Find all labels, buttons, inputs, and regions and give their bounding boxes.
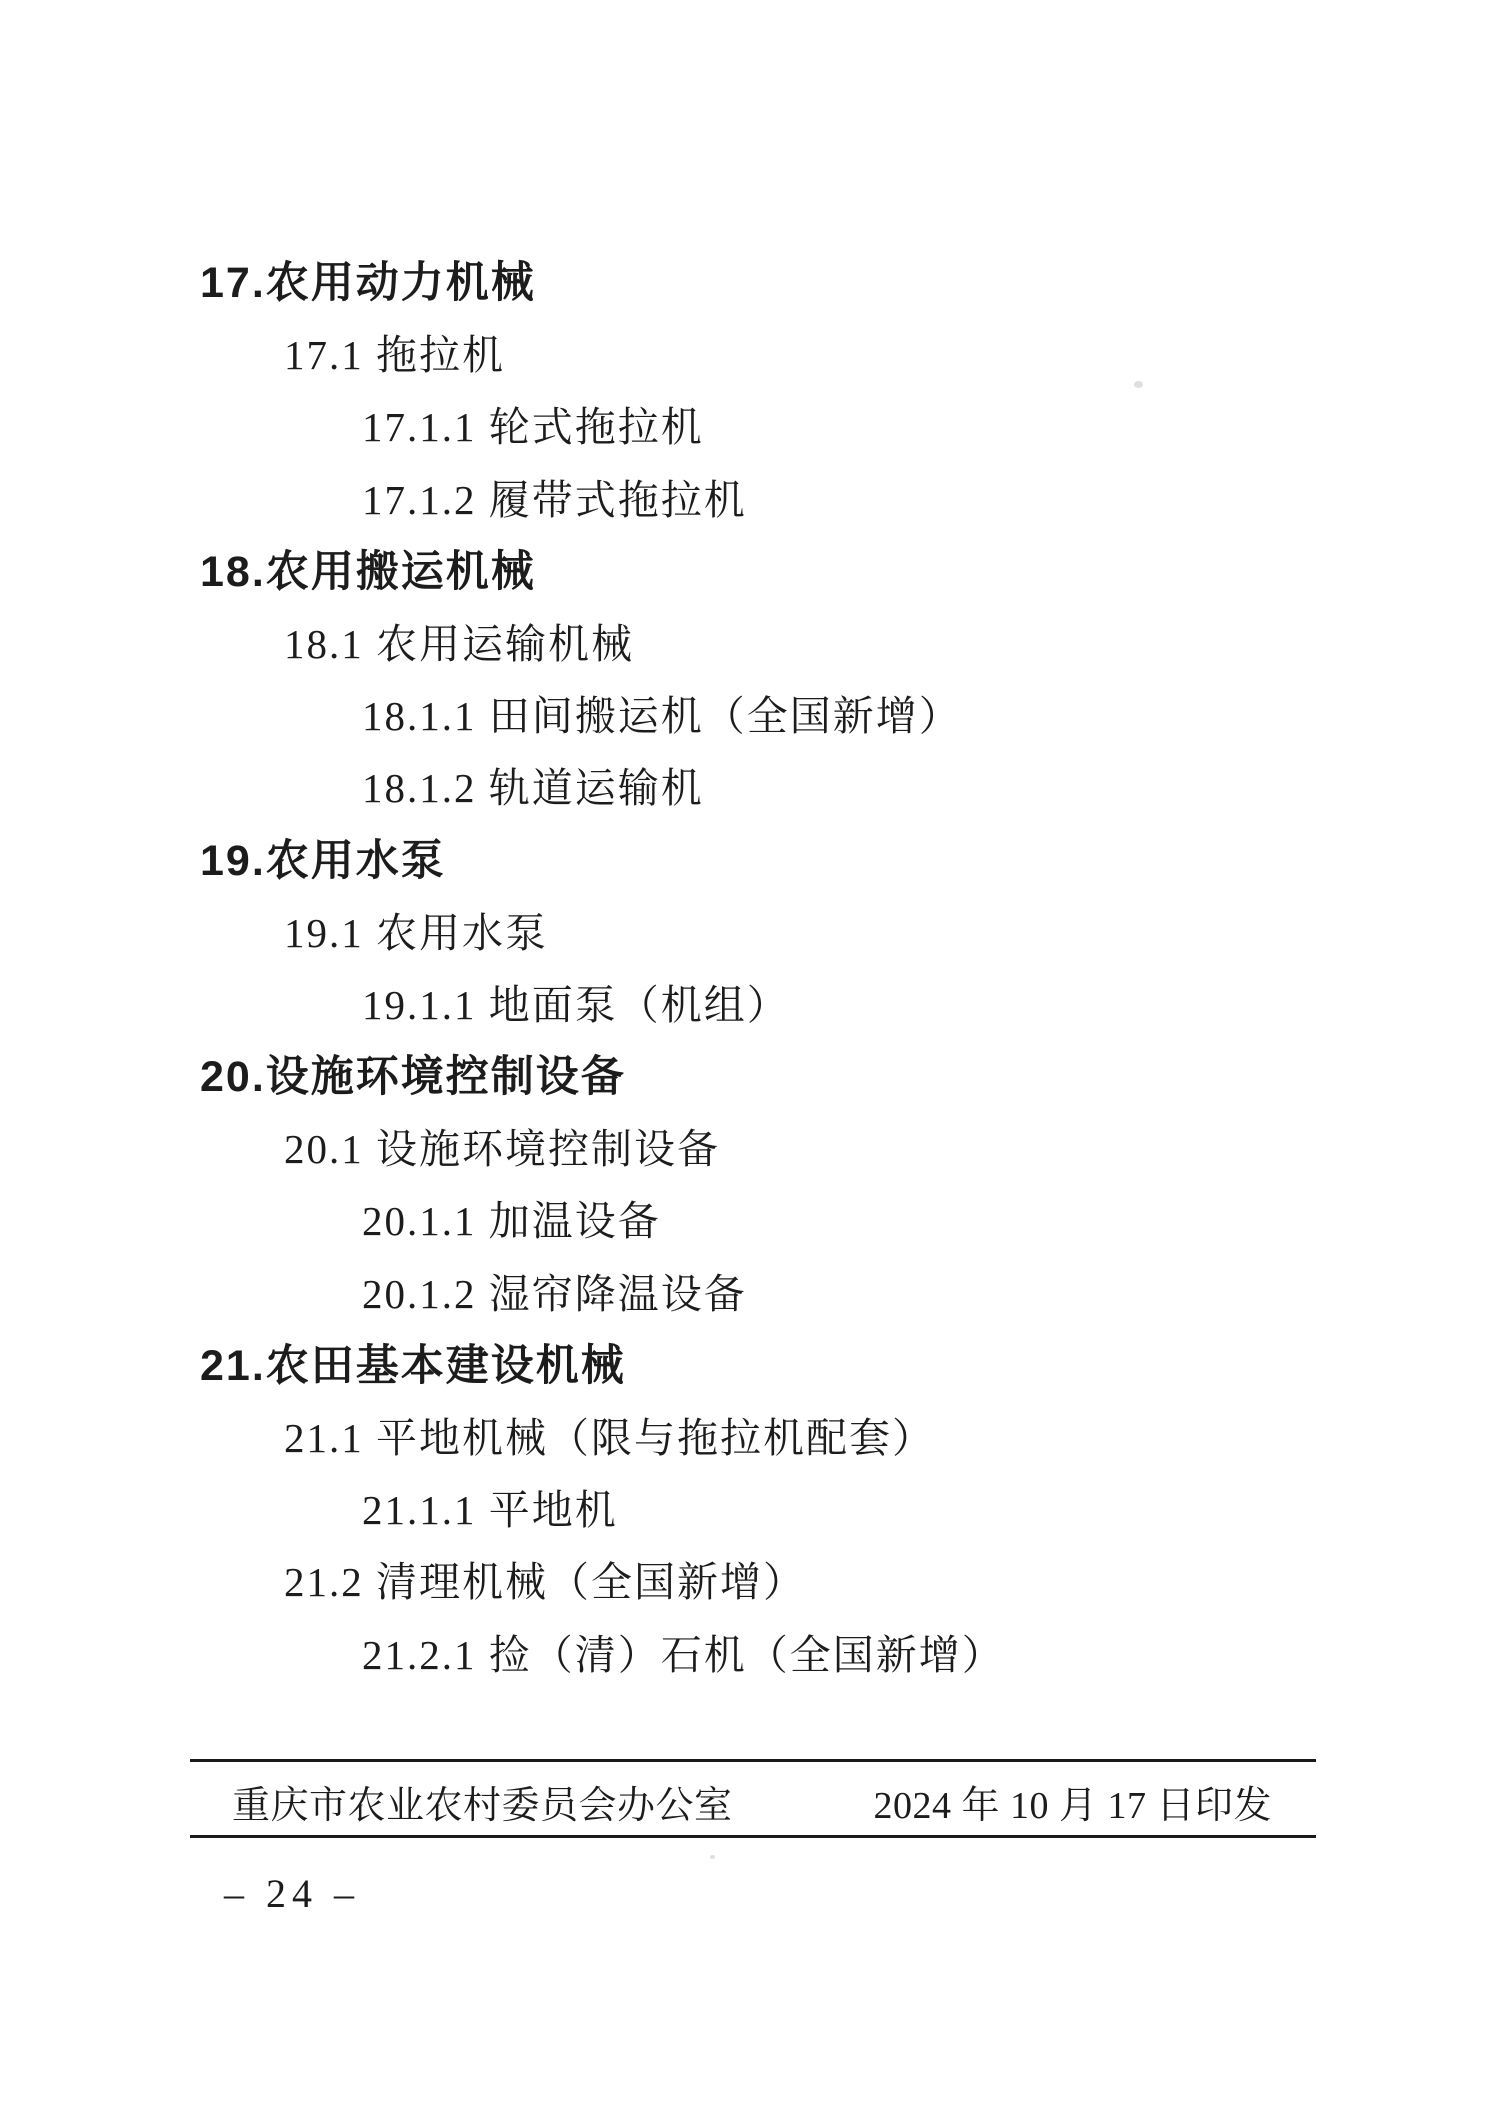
scan-speck xyxy=(1134,381,1143,388)
footer-issuer: 重庆市农业农村委员会办公室 xyxy=(232,1774,733,1829)
list-item: 19.1 农用水泵 xyxy=(0,897,1487,969)
list-item: 20.1.2 湿帘降温设备 xyxy=(0,1258,1487,1330)
section-heading: 20.设施环境控制设备 xyxy=(0,1041,1487,1113)
section-heading: 19.农用水泵 xyxy=(0,825,1487,897)
footer-rule-bottom xyxy=(190,1835,1316,1838)
list-item: 21.1 平地机械（限与拖拉机配套） xyxy=(0,1402,1487,1474)
list-item: 17.1 拖拉机 xyxy=(0,319,1487,391)
list-item: 21.2.1 捡（清）石机（全国新增） xyxy=(0,1619,1487,1691)
list-item: 21.2 清理机械（全国新增） xyxy=(0,1546,1487,1618)
page-number: – 24 – xyxy=(224,1870,360,1917)
section-heading: 21.农田基本建设机械 xyxy=(0,1330,1487,1402)
catalog-list: 17.农用动力机械17.1 拖拉机17.1.1 轮式拖拉机17.1.2 履带式拖… xyxy=(0,247,1487,1691)
list-item: 18.1 农用运输机械 xyxy=(0,608,1487,680)
footer-rule-top xyxy=(190,1759,1316,1762)
scan-speck xyxy=(710,1855,715,1859)
list-item: 17.1.2 履带式拖拉机 xyxy=(0,464,1487,536)
list-item: 19.1.1 地面泵（机组） xyxy=(0,969,1487,1041)
section-heading: 18.农用搬运机械 xyxy=(0,536,1487,608)
list-item: 18.1.1 田间搬运机（全国新增） xyxy=(0,680,1487,752)
list-item: 17.1.1 轮式拖拉机 xyxy=(0,391,1487,463)
list-item: 21.1.1 平地机 xyxy=(0,1474,1487,1546)
list-item: 18.1.2 轨道运输机 xyxy=(0,752,1487,824)
section-heading: 17.农用动力机械 xyxy=(0,247,1487,319)
footer-print-date: 2024 年 10 月 17 日印发 xyxy=(873,1774,1272,1829)
list-item: 20.1.1 加温设备 xyxy=(0,1185,1487,1257)
document-page: 17.农用动力机械17.1 拖拉机17.1.1 轮式拖拉机17.1.2 履带式拖… xyxy=(0,0,1487,2102)
list-item: 20.1 设施环境控制设备 xyxy=(0,1113,1487,1185)
